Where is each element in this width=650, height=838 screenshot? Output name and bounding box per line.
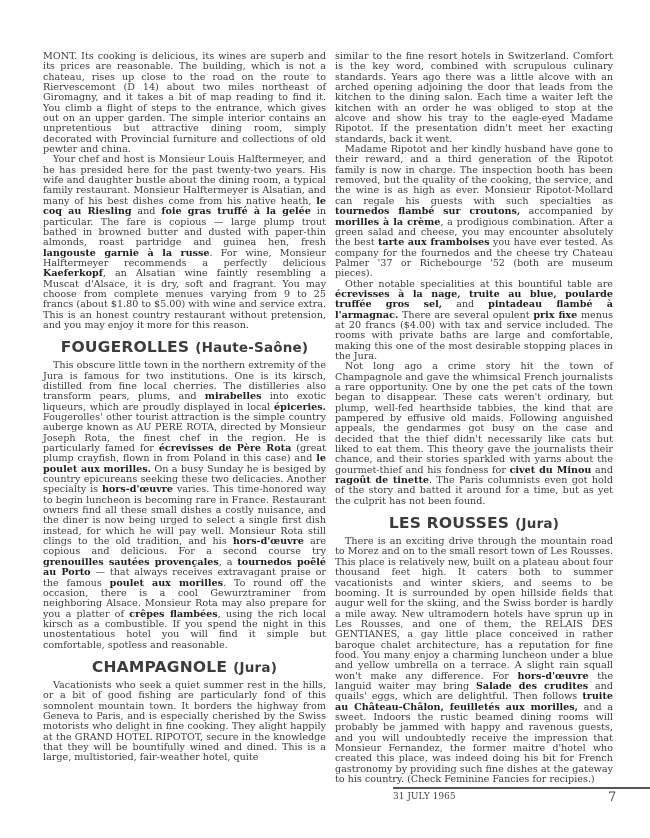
page-number: 7: [608, 790, 616, 805]
section-heading-les-rousses: LES ROUSSES(Jura): [335, 514, 613, 534]
paragraph-intro: MONT. Its cooking is delicious, its wine…: [43, 52, 326, 155]
paragraph-ripotot-hotel: similar to the fine resort hotels in Swi…: [335, 52, 613, 145]
paragraph-fougerolles: This obscure little town in the northern…: [43, 361, 326, 651]
paragraph-les-rousses: There is an exciting drive through the m…: [335, 537, 613, 785]
paragraph-champagnole: Vacationists who seek a quiet summer res…: [43, 681, 326, 764]
section-heading-champagnole: CHAMPAGNOLE(Jura): [43, 658, 326, 678]
section-heading-fougerolles: FOUGEROLLES(Haute-Saône): [43, 338, 326, 358]
footer-date: 31 JULY 1965: [393, 792, 456, 802]
paragraph-crime-story: Not long ago a crime story hit the town …: [335, 362, 613, 507]
paragraph-specialities: Other notable specialities at this bount…: [335, 280, 613, 363]
paragraph-halftermeyer: Your chef and host is Monsieur Louis Hal…: [43, 155, 326, 331]
paragraph-ripotot-family: Madame Ripotot and her kindly husband ha…: [335, 145, 613, 279]
footer-rule: [393, 787, 650, 789]
right-column: similar to the fine resort hotels in Swi…: [335, 52, 613, 785]
left-column: MONT. Its cooking is delicious, its wine…: [43, 52, 326, 764]
